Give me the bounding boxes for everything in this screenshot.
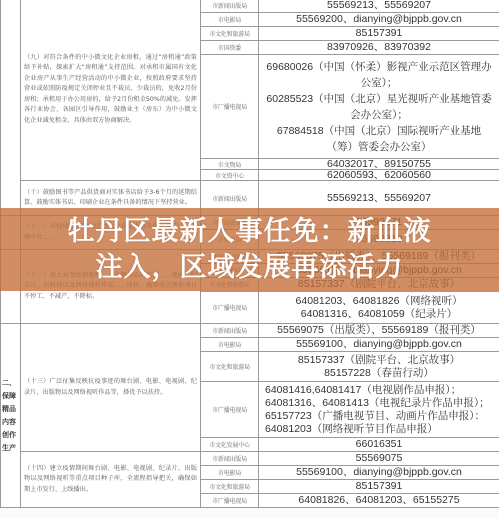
policy-text: （九）对符合条件的中小微文化企业房租，通过“房租通”政策给予补贴，探索扩大“房租… [21,0,201,181]
dept-name: 市国资委 [201,41,259,55]
contact-info: 64081416,64081417（电视剧作品申报）； 64081316、640… [259,382,499,438]
policy-text: （十三）广泛征集反映抗疫事迹的舞台剧、电影、电视剧、纪录片、出版物以及网络视听作… [21,324,201,452]
contact-info: 55569200、dianying@bjppb.gov.cn [259,13,499,27]
dept-name: 市文资中心 [201,170,259,181]
contact-info: 69680026（中国（怀柔）影视产业示范区管理办 公室）； 60285523（… [259,55,499,159]
dept-name: 市新闻出版局 [201,324,259,338]
contact-info: 83970926、83970392 [259,41,499,55]
contact-info: 85157337（剧院平台、北京故事） 85157228（春苗行动） [259,352,499,382]
dept-name: 市文化和旅游局 [201,27,259,41]
dept-name: 市电影局 [201,13,259,27]
contact-info: 85157391 [259,27,499,41]
dept-name: 市电影局 [201,466,259,480]
dept-name: 市新闻出版局 [201,452,259,466]
dept-name: 市广播电视局 [201,382,259,438]
contact-info: 55569075 [259,452,499,466]
dept-name: 市新闻出版局 [201,0,259,13]
dept-name: 市文化和旅游局 [201,480,259,494]
dept-name: 市广播电视局 [201,292,259,324]
dept-name: 市广播电视局 [201,55,259,159]
contact-info: 64081826、64081203、65155275 [259,494,499,508]
dept-name: 市文化和旅游局 [201,352,259,382]
contact-info: 55569100、dianying@bjppb.gov.cn [259,338,499,352]
section-cell-prev [1,0,21,216]
dept-name: 市文化发展中心 [201,438,259,452]
contact-info: 64081203、64081826（网络视听） 64081316、6408105… [259,292,499,324]
headline-line-2: 注入，区域发展再添活力 [0,250,499,286]
contact-info: 62060593、62060560 [259,170,499,181]
contact-info: 66016351 [259,438,499,452]
section-heading: 二、保障精品内容创作生产 [1,324,21,508]
contact-info: 55569213、55569207 [259,0,499,13]
contact-info: 55569075（出版类）、55569189（报刊类） [259,324,499,338]
headline-title: 牡丹区最新人事任免：新血液 注入，区域发展再添活力 [0,214,499,286]
dept-name: 市文物局 [201,159,259,170]
policy-text: （十四）建立疫情期间舞台剧、电影、电视剧、纪录片、出版物以及网络视听等重点项目种… [21,452,201,508]
contact-info: 55569100、dianying@bjppb.gov.cn [259,466,499,480]
headline-line-1: 牡丹区最新人事任免：新血液 [0,214,499,250]
dept-name: 市广播电视局 [201,494,259,508]
dept-name: 市电影局 [201,338,259,352]
contact-info: 85157391 [259,480,499,494]
contact-info: 64032017、89150755 [259,159,499,170]
